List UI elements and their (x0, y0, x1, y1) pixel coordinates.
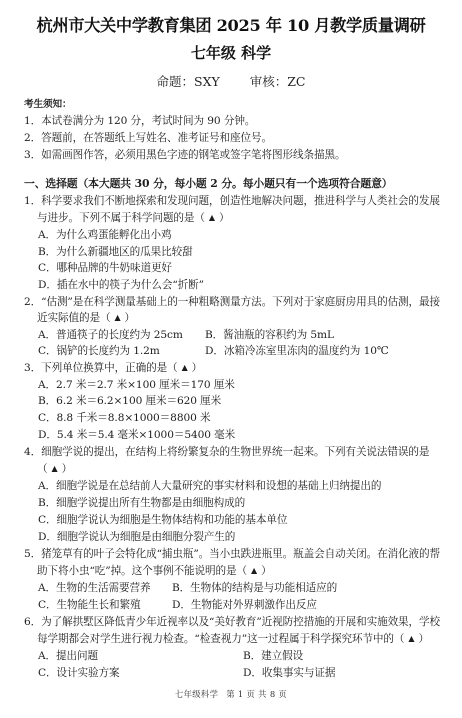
question-1-option-a: A．为什么鸡蛋能孵化出小鸡 (38, 227, 171, 243)
question-5-option-c: C．生物能生长和繁殖 (38, 597, 140, 613)
question-6-option-c: C．设计实验方案 (38, 665, 119, 681)
question-4-stem-cont: （▲） (37, 461, 72, 477)
question-6-stem-cont: 每学期都会对学生进行视力检查。“检查视力”这一过程属于科学探究环节中的（▲） (37, 631, 429, 647)
stem-text: 3．下列单位换算中，正确的是（ (24, 362, 178, 374)
question-3-option-d: D．5.4 米＝5.4 毫米×1000＝5400 毫米 (38, 427, 235, 443)
question-1-option-b: B．为什么新疆地区的瓜果比较甜 (38, 244, 193, 260)
question-4-option-b: B．细胞学说提出所有生物都是由细胞构成的 (38, 495, 245, 511)
question-1-option-d: D．插在水中的筷子为什么会“折断” (38, 277, 204, 293)
question-6-option-d: D．收集事实与证据 (243, 665, 335, 681)
notice-item: 2．答题前，在答题纸上写姓名、准考证号和座位号。 (24, 130, 272, 146)
question-2-option-c: C．锅铲的长度约为 1.2m (38, 343, 160, 359)
question-2-option-b: B．酱油瓶的容积约为 5mL (205, 327, 334, 343)
answer-triangle-icon: ▲ (209, 210, 215, 226)
question-5-stem-cont: 助下将小虫“吃”掉。这个事例不能说明的是（▲） (37, 563, 272, 579)
exam-title: 杭州市大关中学教育集团 2025 年 10 月教学质量调研 (0, 12, 462, 36)
answer-triangle-icon: ▲ (52, 461, 58, 477)
question-2-stem: 2．“估测”是在科学测量基础上的一种粗略测量方法。下列对于家庭厨房用具的估测，最… (24, 294, 440, 310)
footer-page-suffix: 页 (278, 689, 287, 699)
stem-text: 助下将小虫“吃”掉。这个事例不能说明的是（ (37, 565, 247, 577)
author-line: 命题：SXY审核：ZC (0, 72, 462, 90)
question-1-option-c: C．哪种品牌的牛奶味道更好 (38, 260, 172, 276)
stem-text: ） (62, 463, 73, 475)
section-heading: 一、选择题（本大题共 30 分，每小题 2 分。每小题只有一个选项符合题意） (24, 176, 392, 192)
question-5-option-b: B．生物体的结构是与功能相适应的 (172, 580, 337, 596)
notice-item: 1．本试卷满分为 120 分，考试时间为 90 分钟。 (24, 113, 255, 129)
stem-text: ） (192, 362, 203, 374)
notice-heading: 考生须知： (24, 97, 71, 113)
question-6-option-a: A．提出问题 (38, 648, 98, 664)
page-footer: 七年级科学第 1 页 共 8 页 (0, 688, 462, 700)
footer-page-current: 1 (238, 689, 244, 699)
question-2-option-a: A．普通筷子的长度约为 25cm (38, 327, 183, 343)
stem-text: 与进步。下列不属于科学问题的是（ (37, 212, 205, 224)
question-3-stem: 3．下列单位换算中，正确的是（▲） (24, 360, 202, 376)
answer-triangle-icon: ▲ (251, 563, 257, 579)
answer-triangle-icon: ▲ (114, 310, 120, 326)
question-3-option-b: B．6.2 米＝6.2×100 厘米＝620 厘米 (38, 393, 221, 409)
footer-page-mid: 页 共 (247, 689, 267, 699)
stem-text: （ (37, 463, 48, 475)
question-4-stem: 4．细胞学说的提出，在结构上将纷繁复杂的生物世界统一起来。下列有关说法错误的是 (24, 444, 429, 460)
question-2-option-d: D．冰箱冷冻室里冻肉的温度约为 10℃ (205, 343, 389, 359)
question-6-option-b: B．建立假设 (243, 648, 303, 664)
question-5-stem: 5．猪笼草有的叶子会特化成“捕虫瓶”。当小虫跌进瓶里。瓶盖会自动关闭。在消化液的… (24, 546, 440, 562)
question-6-stem: 6．为了解拱墅区降低青少年近视率以及“美好教育”近视防控措施的开展和实施效果，学… (24, 614, 440, 630)
exam-subtitle: 七年级 科学 (0, 42, 462, 63)
question-5-option-a: A．生物的生活需要营养 (38, 580, 151, 596)
question-4-option-d: D．细胞学说认为细胞是由细胞分裂产生的 (38, 529, 235, 545)
question-1-stem: 1．科学要求我们不断地探索和发现问题，创造性地解决问题，推进科学与人类社会的发展 (24, 193, 440, 209)
stem-text: ） (219, 212, 230, 224)
question-5-option-d: D．生物能对外界刺激作出反应 (172, 597, 317, 613)
question-4-option-c: C．细胞学说认为细胞是生物体结构和功能的基本单位 (38, 512, 287, 528)
footer-page-total: 8 (270, 689, 276, 699)
stem-text: ） (125, 312, 136, 324)
answer-triangle-icon: ▲ (182, 360, 188, 376)
stem-text: ） (418, 633, 429, 645)
stem-text: ） (261, 565, 272, 577)
footer-page-prefix: 第 (226, 689, 235, 699)
answer-triangle-icon: ▲ (408, 631, 414, 647)
question-3-option-c: C．8.8 千米＝8.8×1000＝8800 米 (38, 410, 211, 426)
author-label: 命题：SXY (157, 74, 220, 89)
notice-item: 3．如需画图作答，必须用黑色字迹的钢笔或签字笔将图形线条描黑。 (24, 147, 345, 163)
footer-subject: 七年级科学 (175, 689, 218, 699)
reviewer-label: 审核：ZC (250, 74, 306, 89)
question-3-option-a: A．2.7 米＝2.7 米×100 厘米＝170 厘米 (38, 377, 235, 393)
stem-text: 每学期都会对学生进行视力检查。“检查视力”这一过程属于科学探究环节中的（ (37, 633, 404, 645)
question-4-option-a: A．细胞学说是在总结前人大量研究的事实材料和设想的基础上归纳提出的 (38, 478, 381, 494)
question-1-stem-cont: 与进步。下列不属于科学问题的是（▲） (37, 210, 229, 226)
stem-text: 近实际值的是（ (37, 312, 110, 324)
question-2-stem-cont: 近实际值的是（▲） (37, 310, 135, 326)
